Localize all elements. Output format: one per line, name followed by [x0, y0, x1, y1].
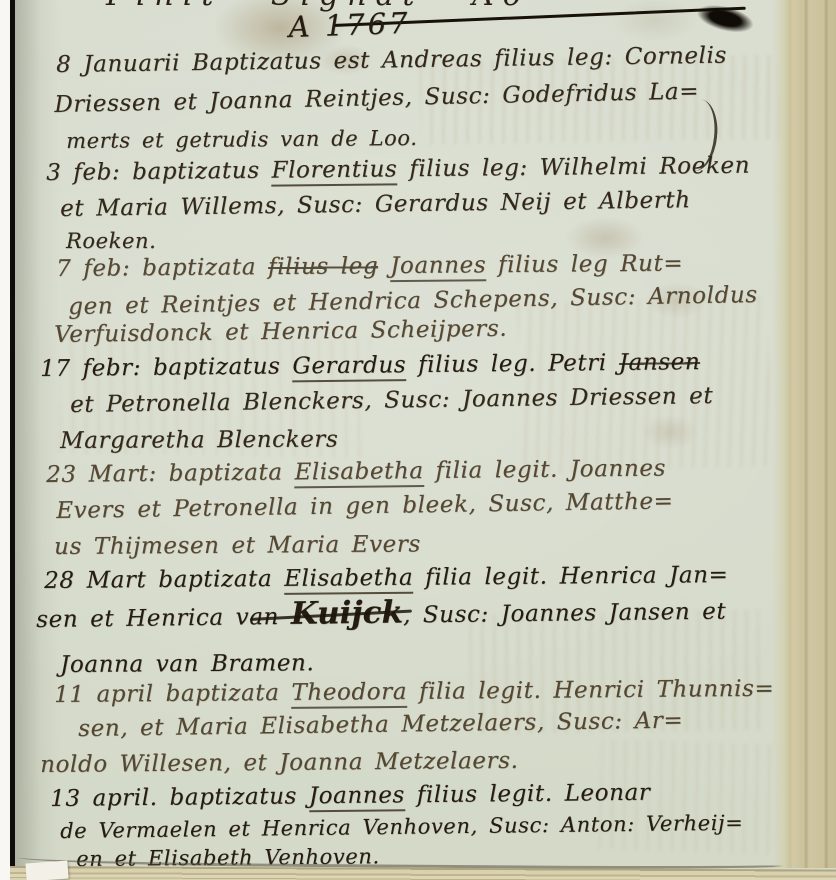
entry-text-segment: filia legit. Henrica Jan= [413, 562, 728, 591]
child-name-underlined: Elisabetha [284, 565, 413, 595]
register-line: Margaretha Blenckers [60, 425, 338, 456]
stacked-pages-edge [10, 866, 836, 880]
entry-text-segment: 28 Mart baptizata [44, 566, 284, 594]
gutter-shadow [15, 0, 41, 880]
entry-text-segment: noldo Willesen, et Joanna Metzelaers. [40, 748, 519, 778]
entry-text-segment: Margaretha Blenckers [60, 427, 338, 454]
register-line: Roeken. [66, 226, 156, 256]
struck-text: Jansen [619, 349, 701, 376]
register-line: us Thijmesen et Maria Evers [54, 529, 421, 562]
child-name-underlined: Joannes [390, 252, 486, 282]
entry-text-segment: filius leg: Wilhelmi Roeken [397, 153, 750, 183]
entry-text-segment: de Vermaelen et Henrica Venhoven, Susc: … [60, 811, 743, 843]
child-name-underlined: Joannes [309, 782, 405, 812]
child-name-underlined: Gerardus [292, 352, 406, 382]
entry-text-segment: filius legit. Leonar [405, 780, 651, 809]
entry-text-segment: filia legit. Henrici Thunnis= [407, 676, 774, 705]
entry-text-segment: 3 feb: baptizatus [46, 158, 272, 186]
entry-text-segment: 11 april baptizata [54, 680, 292, 708]
register-line: 11 april baptizata Theodora filia legit.… [54, 674, 774, 710]
entry-text-segment: filia legit. Joannes [424, 456, 667, 485]
entry-text-segment: merts et getrudis van de Loo. [66, 126, 418, 153]
page-fore-edge [772, 0, 836, 868]
entry-text-segment: filius leg Rut= [486, 251, 683, 279]
entry-text-segment: 7 feb: baptizata [56, 254, 268, 282]
register-line: Joanna van Bramen. [60, 648, 314, 680]
year-heading: A 1767 [288, 6, 411, 44]
entry-text-segment [378, 253, 390, 279]
entry-text-segment: Joanna van Bramen. [60, 650, 314, 678]
register-page-scan: Finit Signat Ao A 1767 8 Januarii Baptiz… [0, 0, 836, 880]
entry-text-segment: 13 april. baptizatus [50, 783, 309, 812]
scan-left-margin [0, 0, 10, 880]
entry-text-segment: Roeken. [66, 229, 156, 253]
struck-text: filius leg [268, 253, 378, 280]
register-line: Verfuisdonck et Henrica Scheijpers. [54, 314, 507, 350]
register-line: 13 april. baptizatus Joannes filius legi… [50, 778, 651, 814]
child-name-underlined: Theodora [291, 679, 407, 709]
page-corner-chip [25, 861, 68, 880]
register-line: 7 feb: baptizata filius leg Joannes fili… [56, 249, 683, 284]
entry-text-segment: , Susc: Joannes Jansen et [403, 599, 727, 629]
entry-text-segment: us Thijmesen et Maria Evers [54, 531, 421, 560]
register-line: noldo Willesen, et Joanna Metzelaers. [40, 746, 519, 780]
register-line: 28 Mart baptizata Elisabetha filia legit… [44, 560, 729, 596]
child-name-underlined: Florentius [271, 156, 397, 186]
entry-text-segment: Verfuisdonck et Henrica Scheijpers. [54, 316, 507, 348]
entry-text-segment: filius leg. Petri [406, 350, 619, 378]
entry-text-segment: 23 Mart: baptizata [46, 459, 295, 488]
entry-text-segment: 17 febr: baptizatus [40, 353, 293, 382]
child-name-underlined: Elisabetha [294, 458, 423, 488]
register-line: merts et getrudis van de Loo. [66, 123, 418, 156]
